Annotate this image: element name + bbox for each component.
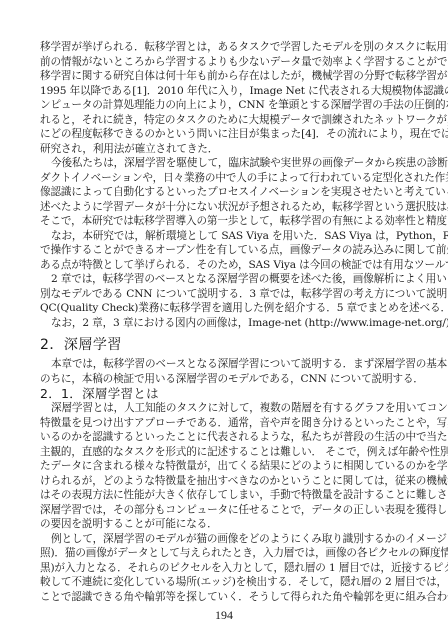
text-line: 前の情報がないところから学習するよりも少ないデータ量で効率よく学習することができ… <box>40 55 412 70</box>
text-line: 黒)が入力となる．それらのピクセルを入力として，隠れ層の 1 層目では，近接する… <box>40 561 412 576</box>
text-line: 較して不連続に変化している場所(エッジ)を検出する．そして，隠れ層の 2 層目で… <box>40 575 412 590</box>
text-line: の要因を説明することが可能になる． <box>40 517 412 532</box>
text-line: にどの程度転移できるのかという問いに注目が集まった[4]．その流れにより，現在で… <box>40 127 412 142</box>
text-line: いるのかを認識するといったことに代表されるような，私たちが普段の生活の中で当たり… <box>40 430 412 445</box>
text-line: 移学習が挙げられる．転移学習とは，あるタスクで学習したモデルを別のタスクに転用す… <box>40 40 412 55</box>
text-line: 研究され，利用法が確立されてきた． <box>40 142 412 157</box>
subsection-heading: 2．1．深層学習とは <box>40 386 412 401</box>
text-line: ダクトイノベーションや，日々業務の中で人の手によって行われている定型化された作業… <box>40 171 412 186</box>
text-line: ことで認識できる角や輪郭等を探していく．そうして得られた角や輪郭を更に組み合わせ… <box>40 590 412 605</box>
text-line: 照)．猫の画像がデータとして与えられたとき，入力層では，画像の各ピクセルの輝度情… <box>40 546 412 561</box>
document-page: 移学習が挙げられる．転移学習とは，あるタスクで学習したモデルを別のタスクに転用す… <box>40 40 412 604</box>
text-line: QC(Quality Check)業務に転移学習を適用した例を紹介する．5 章で… <box>40 301 412 316</box>
text-line: れると，それに続き，特定のタスクのために大規模データで訓練されたネットワークが，… <box>40 113 412 128</box>
section-heading: 2．深層学習 <box>40 335 412 355</box>
text-line: 深層学習とは，人工知能のタスクに対して，複数の階層を有するグラフを用いてコンピュ… <box>40 401 412 416</box>
text-line: 2 章では，転移学習のベースとなる深層学習の概要を述べた後，画像解析によく用いら… <box>40 272 412 287</box>
text-line: なお，2 章，3 章における図内の画像は，Image-net (http://w… <box>40 316 412 331</box>
section-intro-paragraph: 本章では，転移学習のベースとなる深層学習について説明する．まず深層学習の基本的な… <box>40 357 412 386</box>
text-line: 本章では，転移学習のベースとなる深層学習について説明する．まず深層学習の基本的な… <box>40 357 412 372</box>
text-line: 例として，深層学習のモデルが猫の画像をどのようにくみ取り識別するかのイメージを述… <box>40 532 412 547</box>
text-line: 述べたように学習データが十分にない状況が予想されるため，転移学習という選択肢は必… <box>40 200 412 215</box>
text-line: 深層学習では，その部分もコンピュータに任せることで，データの正しい表現を獲得し，… <box>40 503 412 518</box>
text-line: たデータに含まれる様々な特徴量が，出てくる結果にどのように相関しているのかを学習… <box>40 459 412 474</box>
deep-learning-paragraph: 深層学習とは，人工知能のタスクに対して，複数の階層を有するグラフを用いてコンピュ… <box>40 401 412 532</box>
text-line: 今後私たちは，深層学習を駆使して，臨床試験や実世界の画像データから疾患の診断を行… <box>40 156 412 171</box>
text-line: 像認識によって自動化するといったプロセスイノベーションを実現させたいと考えている… <box>40 185 412 200</box>
cat-example-paragraph: 例として，深層学習のモデルが猫の画像をどのようにくみ取り識別するかのイメージを述… <box>40 532 412 605</box>
text-line: そこで，本研究では転移学習導入の第一歩として，転移学習の有無による効率性と精度の… <box>40 214 412 229</box>
text-line: のちに，本稿の検証で用いる深層学習のモデルである，CNN について説明する． <box>40 372 412 387</box>
text-line: ンピュータの計算処理能力の向上により，CNN を筆頭とする深層学習の手法の圧倒的… <box>40 98 412 113</box>
environment-paragraph: なお，本研究では，解析環境として SAS Viya を用いた．SAS Viya … <box>40 229 412 273</box>
motivation-paragraph: 今後私たちは，深層学習を駆使して，臨床試験や実世界の画像データから疾患の診断を行… <box>40 156 412 229</box>
text-line: 1995 年以降である[1]．2010 年代に入り，Image Net に代表さ… <box>40 84 412 99</box>
image-source-paragraph: なお，2 章，3 章における図内の画像は，Image-net (http://w… <box>40 316 412 331</box>
text-line: 主観的，直感的なタスクを形式的に記述することは難しい． そこで，例えば年齢や性別… <box>40 445 412 460</box>
text-line: はその表現方法に性能が大きく依存してしまい，手動で特徴量を設計することに難しさが… <box>40 488 412 503</box>
text-line: 特徴量を見つけ出すアプローチである．通常，音や声を聞き分けるといったことや，写真… <box>40 416 412 431</box>
page-number: 194 <box>0 608 448 623</box>
text-line: 別なモデルである CNN について説明する．3 章では，転移学習の考え方について… <box>40 287 412 302</box>
outline-paragraph: 2 章では，転移学習のベースとなる深層学習の概要を述べた後，画像解析によく用いら… <box>40 272 412 316</box>
text-line: けられるが，どのような特徴量を抽出すべきなのかということに関しては，従来の機械学… <box>40 474 412 489</box>
text-line: 移学習に関する研究自体は何十年も前から存在はしたが，機械学習の分野で転移学習が注… <box>40 69 412 84</box>
text-line: なお，本研究では，解析環境として SAS Viya を用いた．SAS Viya … <box>40 229 412 244</box>
text-line: ある点が特徴として挙げられる．そのため，SAS Viya は今回の検証では有用な… <box>40 258 412 273</box>
intro-paragraph: 移学習が挙げられる．転移学習とは，あるタスクで学習したモデルを別のタスクに転用す… <box>40 40 412 156</box>
text-line: で操作することができるオープン性を有している点，画像データの読み込みに関して前処… <box>40 243 412 258</box>
